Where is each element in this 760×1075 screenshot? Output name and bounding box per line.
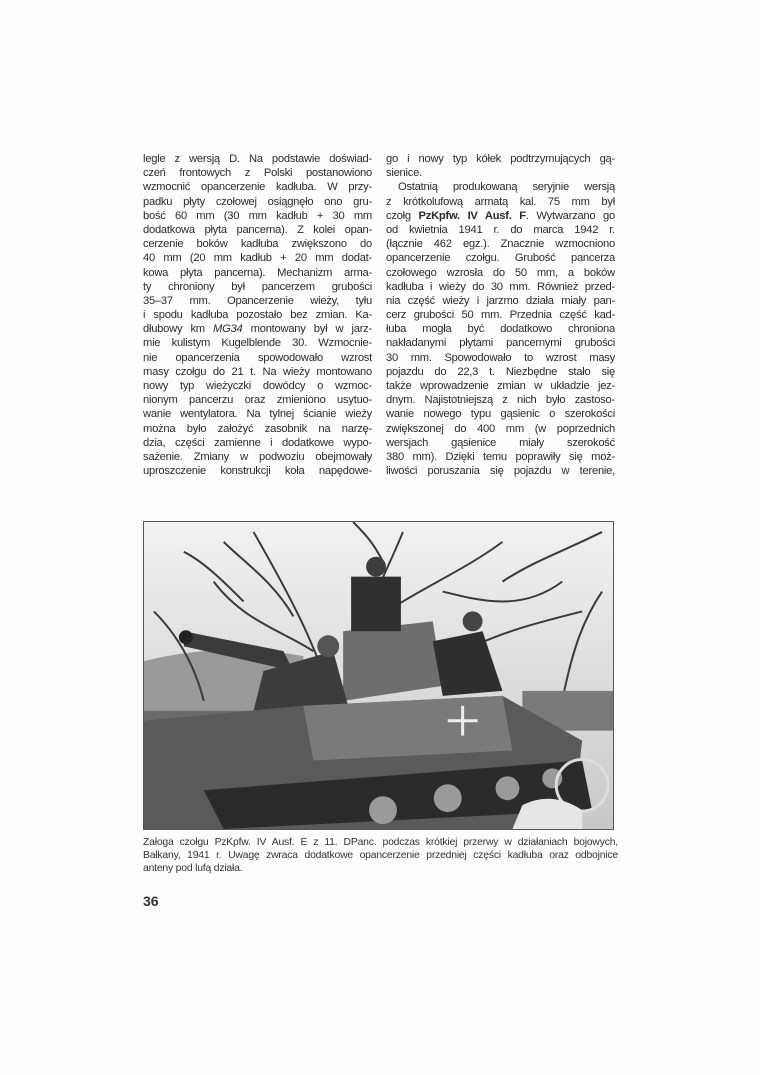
text-line: 35–37 mm. Opancerzenie wieży, tyłu (143, 294, 372, 308)
text-line: kowa płyta pancerna). Mechanizm arma- (143, 266, 372, 280)
text-line: nakładanymi płytami pancernymi grubości (386, 336, 615, 350)
photo-caption: Załoga czołgu PzKpfw. IV Ausf. E z 11. D… (143, 836, 618, 875)
text-line: wanie nowego typu gąsienic o szerokości (386, 407, 615, 421)
text-line: nie opancerzenia spowodowało wzrost (143, 351, 372, 365)
text-line: wersjach gąsienice miały szerokość (386, 436, 615, 450)
text-run: . Wytwarzano go (526, 210, 615, 222)
caption-line: Bałkany, 1941 r. Uwagę zwraca dodatkowe … (143, 849, 618, 862)
text-line: czołg PzKpfw. IV Ausf. F. Wytwarzano go (386, 209, 615, 223)
text-line: liwości poruszania się pojazdu w terenie… (386, 464, 615, 478)
text-line: zwiększonej do 400 mm (w poprzednich (386, 422, 615, 436)
text-line: mie kulistym Kugelblende 30. Wzmocnie- (143, 336, 372, 350)
text-line: sażenie. Zmiany w podwoziu obejmowały (143, 450, 372, 464)
text-line: cerz grubości 50 mm. Przednia część kad- (386, 308, 615, 322)
text-line: nionym pancerzu oraz zmieniono usytuo- (143, 393, 372, 407)
text-line: dzia, części zamienne i dodatkowe wypo- (143, 436, 372, 450)
text-line: czołowego wzrosła do 50 mm, a boków (386, 266, 615, 280)
tank-model-bold: PzKpfw. IV Ausf. F (419, 210, 526, 222)
text-line: 380 mm). Dzięki temu poprawiły się moż- (386, 450, 615, 464)
text-column-right: go i nowy typ kółek podtrzymujących gą- … (386, 152, 615, 478)
text-line: można było założyć zasobnik na narzę- (143, 422, 372, 436)
text-line: z krótkolufową armatą kal. 75 mm był (386, 195, 615, 209)
text-line: 30 mm. Spowodowało to wzrost masy (386, 351, 615, 365)
text-line: łuba mogła być dodatkowo chroniona (386, 322, 615, 336)
text-line: wzmocnić opancerzenie kadłuba. W przy- (143, 180, 372, 194)
text-run: czołg (386, 210, 419, 222)
text-line: legle z wersją D. Na podstawie doświad- (143, 152, 372, 166)
page-number: 36 (143, 893, 159, 909)
paragraph-start-line: Ostatnią produkowaną seryjnie wersją (386, 180, 615, 194)
book-page: legle z wersją D. Na podstawie doświad- … (0, 0, 760, 1075)
text-line: wanie wentylatora. Na tylnej ścianie wie… (143, 407, 372, 421)
text-run: dłubowy km (143, 323, 213, 335)
caption-line: Załoga czołgu PzKpfw. IV Ausf. E z 11. D… (143, 836, 618, 849)
text-line: cerzenie boków kadłuba zwiększono do (143, 237, 372, 251)
text-line: ty chroniony był pancerzem grubości (143, 280, 372, 294)
tank-crew-photo (143, 521, 614, 830)
text-line: dodatkowa płyta pancerna). Z kolei opan- (143, 223, 372, 237)
text-line: padku płyty czołowej osiągnęło ono gru- (143, 195, 372, 209)
text-line: opancerzenie czołgu. Grubość pancerza (386, 251, 615, 265)
text-line: dłubowy km MG34 montowany był w jarz- (143, 322, 372, 336)
text-line: kadłuba i wieży do 30 mm. Również przed- (386, 280, 615, 294)
caption-line: anteny pod lufą działa. (143, 862, 618, 875)
text-line: także wprowadzenie zmian w układzie jez- (386, 379, 615, 393)
text-line: nia część wieży i jarzmo działa miały pa… (386, 294, 615, 308)
text-line: czeń frontowych z Polski postanowiono (143, 166, 372, 180)
text-run: montowany był w jarz- (243, 323, 372, 335)
text-line: bość 60 mm (30 mm kadłub + 30 mm (143, 209, 372, 223)
text-line: pojazdu do 22,3 t. Niezbędne stało się (386, 365, 615, 379)
text-line: i spodu kadłuba pozostało bez zmian. Ka- (143, 308, 372, 322)
text-line: od kwietnia 1941 r. do marca 1942 r. (386, 223, 615, 237)
text-line: masy czołgu do 21 t. Na wieży montowano (143, 365, 372, 379)
text-line: dnym. Najistotniejszą z nich było zastos… (386, 393, 615, 407)
text-column-left: legle z wersją D. Na podstawie doświad- … (143, 152, 372, 478)
text-line: (łącznie 462 egz.). Znacznie wzmocniono (386, 237, 615, 251)
text-line: uproszczenie konstrukcji koła napędowe- (143, 464, 372, 478)
text-line: 40 mm (20 mm kadłub + 20 mm dodat- (143, 251, 372, 265)
weapon-name-italic: MG34 (213, 323, 242, 335)
text-line: sienice. (386, 166, 615, 180)
photo-illustration (144, 522, 613, 829)
text-line: go i nowy typ kółek podtrzymujących gą- (386, 152, 615, 166)
text-line: nowy typ wieżyczki dowódcy o wzmoc- (143, 379, 372, 393)
